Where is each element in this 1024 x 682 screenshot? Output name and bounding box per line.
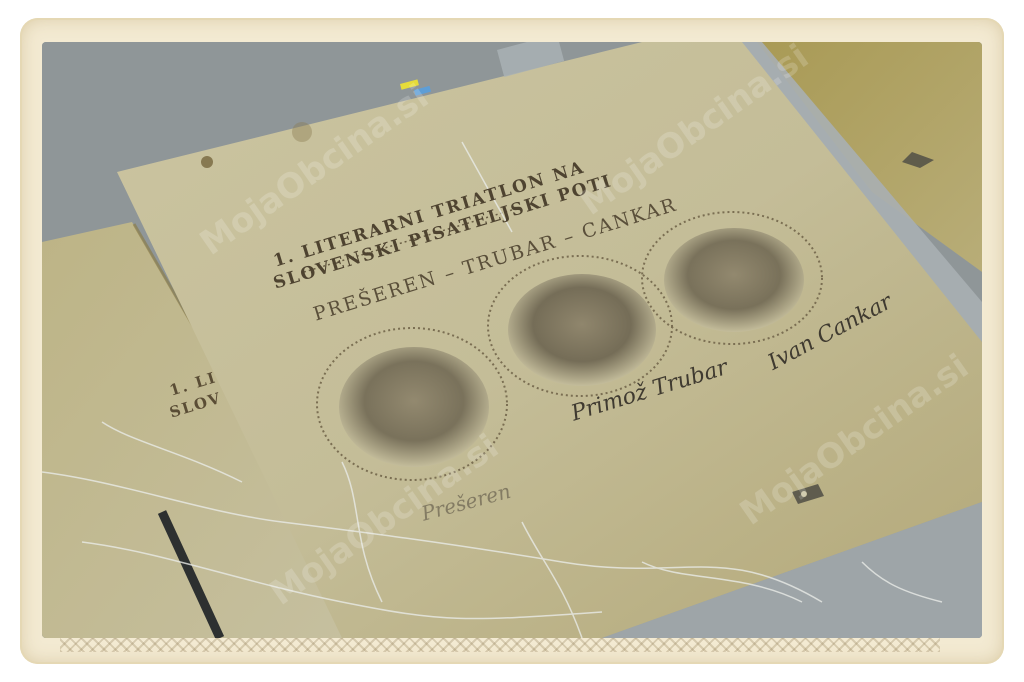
- portrait-cankar: [642, 212, 822, 344]
- photograph: 1. LITERARNI TRIATLON NA SLOVENSKI PISAT…: [42, 42, 982, 638]
- photo-scene: [42, 42, 982, 638]
